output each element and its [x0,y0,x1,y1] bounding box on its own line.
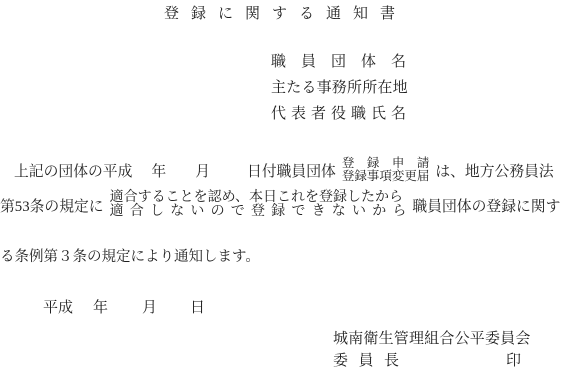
notification-document: 登録に関する通知書 職員団体名 主たる事務所所在地 代表者役職氏名 上記の団体の… [0,0,567,367]
date-day-blank [157,306,190,307]
choice-registration-change-notice: 登録事項変更届 [342,170,430,184]
month-fill-blank [166,170,195,171]
signature-line: 委員長 印 [333,349,521,367]
era-label: 平成 [43,296,73,317]
date-month-label: 月 [142,296,157,317]
date-month-blank [108,306,142,307]
choice-not-conform: 適合しないので登録できないから [110,205,413,220]
field-office-address: 主たる事務所所在地 [271,75,411,101]
choice-registration-application: 登録申請 [342,157,442,171]
choice-conform-registered: 適合することを認め、本日これを登録したから [110,191,407,206]
body-line-3: る条例第３条の規定により通知します。 [0,245,260,266]
conformity-choice-stack: 適合することを認め、本日これを登録したから 適合しないので登録できないから [110,191,407,220]
issuer-name: 城南衛生管理組合公平委員会 [333,327,531,348]
field-staff-org-name: 職員団体名 [271,49,411,75]
year-fill-blank [132,170,151,171]
line1-after-text: は、地方公務員法 [435,160,553,181]
date-year-label: 年 [93,296,108,317]
seal-mark: 印 [506,349,521,367]
body-line-1: 上記の団体の平成 年 月 日付職員団体 登録申請 登録事項変更届 は、地方公務員… [0,151,554,189]
date-year-blank [73,306,93,307]
day-fill-blank [210,170,247,171]
line1-lead-text: 上記の団体の平成 [14,160,132,181]
recipient-fields: 職員団体名 主たる事務所所在地 代表者役職氏名 [271,49,411,127]
registration-type-choice-stack: 登録申請 登録事項変更届 [342,157,430,184]
date-day-label: 日 [190,296,205,317]
line1-tail-text: 日付職員団体 [247,160,336,181]
chairman-title: 委員長 [333,349,410,367]
year-label: 年 [151,160,166,181]
field-representative-name: 代表者役職氏名 [271,101,411,127]
document-title: 登録に関する通知書 [164,2,407,23]
line2-after-text: 職員団体の登録に関す [412,195,560,216]
line2-lead-text: 第53条の規定に [0,195,104,216]
month-label: 月 [195,160,210,181]
issue-date-line: 平成 年 月 日 [43,296,205,317]
body-line-2: 第53条の規定に 適合することを認め、本日これを登録したから 適合しないので登録… [0,186,560,224]
